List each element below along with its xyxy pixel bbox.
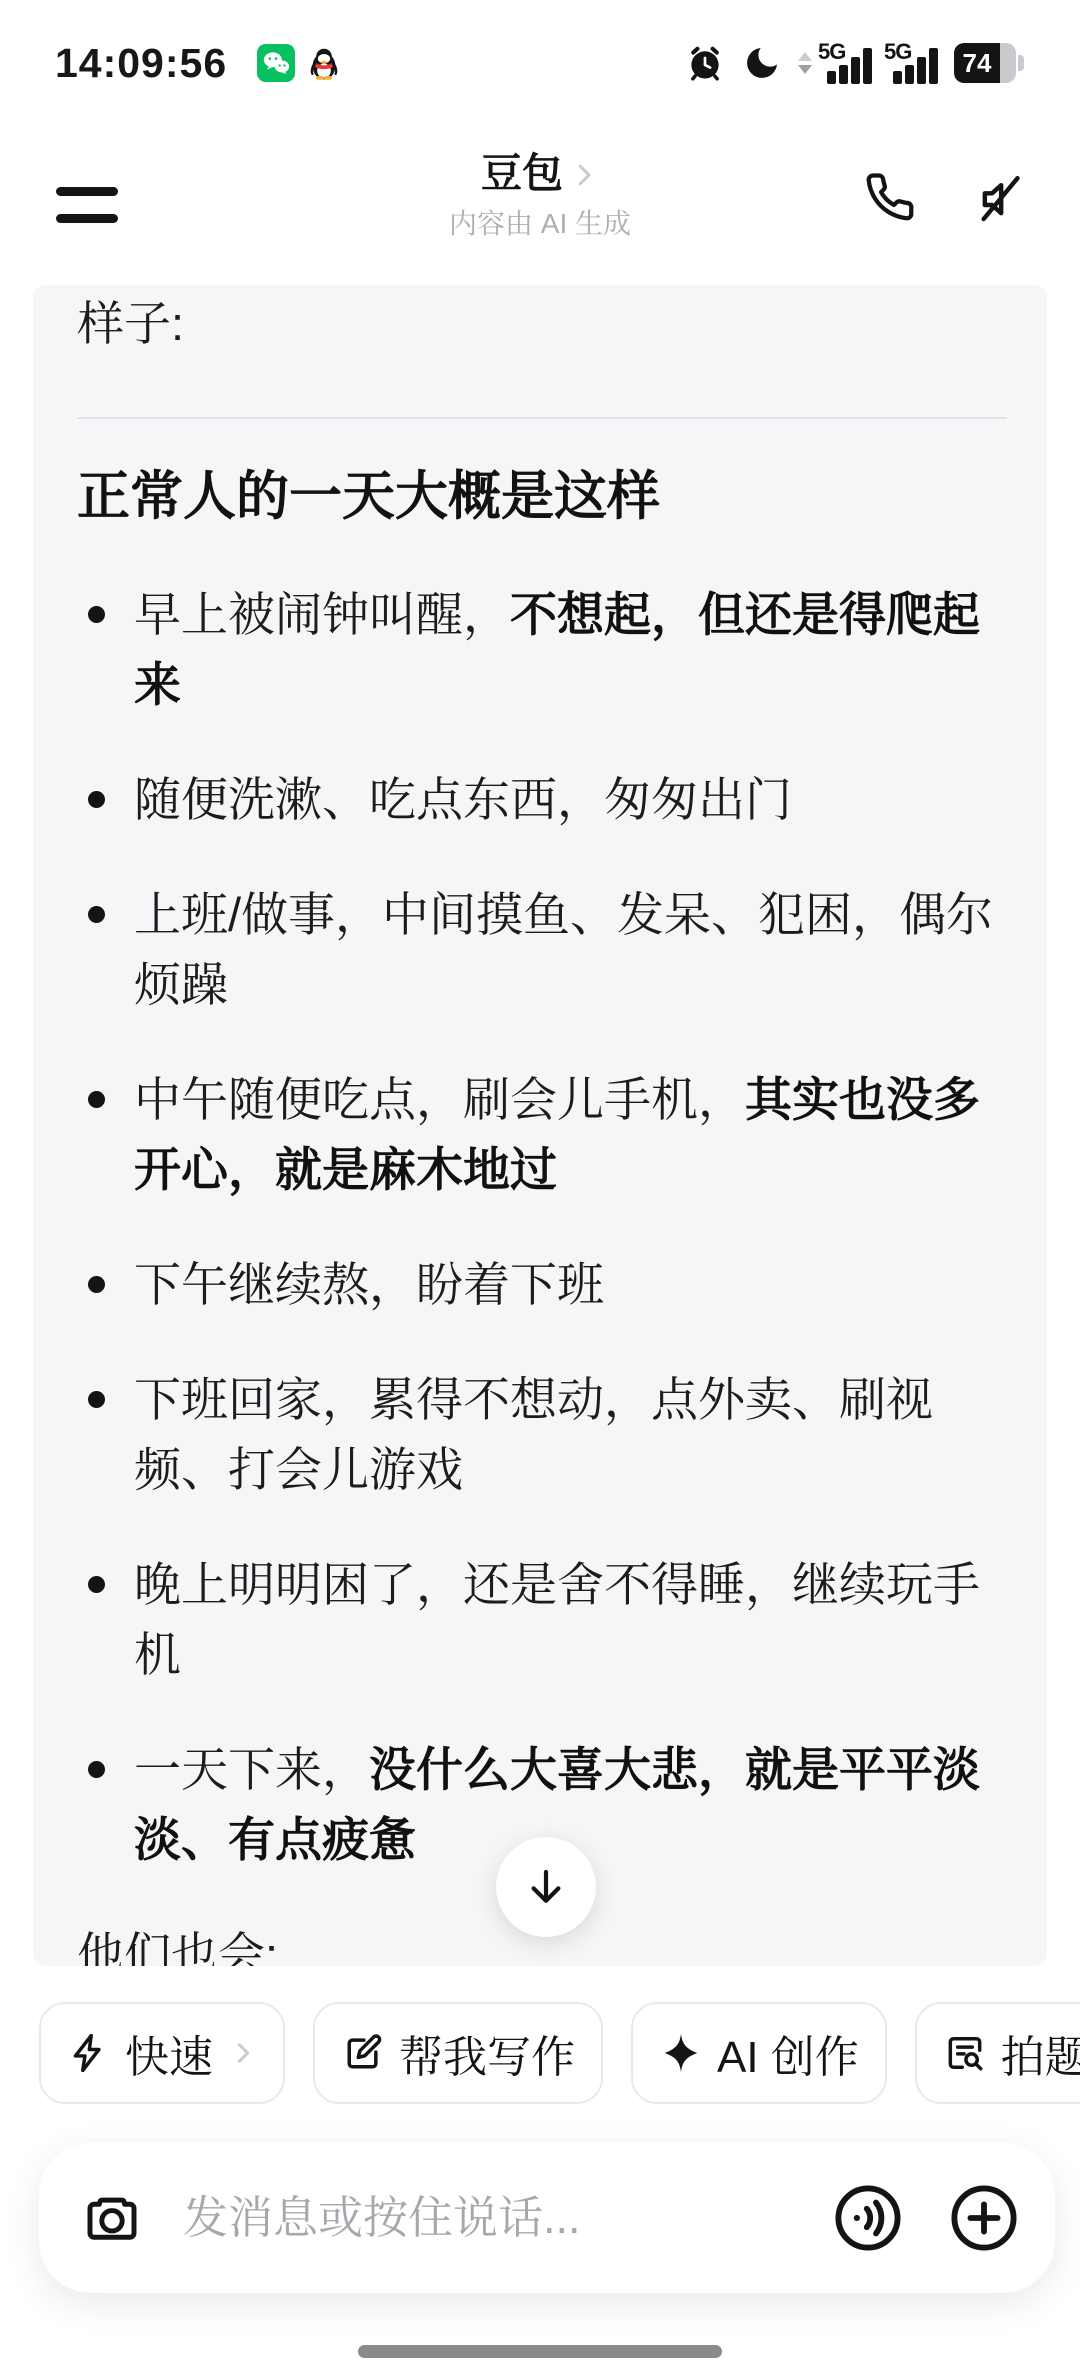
bullet-marker bbox=[88, 906, 105, 923]
bullet-marker bbox=[88, 1276, 105, 1293]
app-title: 豆包 bbox=[481, 148, 563, 198]
bullet-marker bbox=[88, 1391, 105, 1408]
assistant-message: 样子: 正常人的一天大概是这样 早上被闹钟叫醒，不想起，但还是得爬起来随便洗漱、… bbox=[33, 285, 1047, 1966]
bullet-list: 早上被闹钟叫醒，不想起，但还是得爬起来随便洗漱、吃点东西，匆匆出门上班/做事，中… bbox=[77, 580, 1007, 1875]
signal-5g-sim1: 5G bbox=[818, 42, 872, 84]
scroll-to-bottom-button[interactable] bbox=[496, 1837, 596, 1937]
quick-action-write[interactable]: 帮我写作 bbox=[313, 2002, 603, 2104]
quick-action-quick[interactable]: 快速 bbox=[39, 2002, 285, 2104]
battery-percent: 74 bbox=[954, 43, 1000, 83]
ai-disclaimer: 内容由 AI 生成 bbox=[449, 208, 631, 240]
call-button[interactable] bbox=[864, 171, 918, 225]
message-input[interactable] bbox=[181, 2191, 811, 2245]
voice-input-icon bbox=[831, 2181, 905, 2255]
battery-icon: 74 bbox=[954, 43, 1024, 83]
phone-icon bbox=[864, 171, 918, 225]
menu-icon bbox=[56, 187, 118, 196]
quick-action-label: 帮我写作 bbox=[399, 2021, 575, 2085]
sound-off-icon bbox=[972, 170, 1028, 226]
bullet-item: 上班/做事，中间摸鱼、发呆、犯困，偶尔烦躁 bbox=[134, 880, 1007, 1020]
menu-button[interactable] bbox=[56, 186, 118, 224]
moon-icon bbox=[742, 43, 782, 83]
bullet-marker bbox=[88, 791, 105, 808]
voice-call-button[interactable] bbox=[831, 2181, 905, 2255]
home-indicator bbox=[358, 2345, 722, 2358]
alarm-icon bbox=[686, 44, 724, 82]
signal-5g-sim2: 5G bbox=[884, 42, 938, 84]
bullet-marker bbox=[88, 606, 105, 623]
lightning-icon bbox=[67, 2031, 111, 2075]
bullet-item: 下午继续熬，盼着下班 bbox=[134, 1250, 1007, 1320]
bullet-marker bbox=[88, 1576, 105, 1593]
quick-actions-bar: 快速帮我写作AI 创作拍题答疑 bbox=[0, 2002, 1080, 2106]
wechat-icon bbox=[257, 44, 295, 82]
quick-action-label: 快速 bbox=[125, 2021, 213, 2085]
divider bbox=[77, 417, 1007, 419]
down-arrow-icon bbox=[522, 1863, 570, 1911]
message-heading: 正常人的一天大概是这样 bbox=[77, 457, 1007, 537]
message-intro-text: 样子: bbox=[77, 289, 1007, 359]
bullet-marker bbox=[88, 1761, 105, 1778]
clock: 14:09:56 bbox=[55, 40, 227, 87]
message-input-bar bbox=[39, 2143, 1055, 2293]
network-activity-arrows bbox=[798, 52, 812, 74]
compose-icon bbox=[341, 2031, 385, 2075]
mute-button[interactable] bbox=[972, 170, 1028, 226]
bullet-item: 下班回家，累得不想动，点外卖、刷视频、打会儿游戏 bbox=[134, 1365, 1007, 1505]
bullet-item: 早上被闹钟叫醒，不想起，但还是得爬起来 bbox=[134, 580, 1007, 720]
sparkle-icon bbox=[659, 2031, 703, 2075]
bullet-marker bbox=[88, 1091, 105, 1108]
chevron-right-icon bbox=[229, 2039, 257, 2067]
app-bar: 豆包 内容由 AI 生成 bbox=[0, 120, 1080, 280]
bullet-item: 晚上明明困了，还是舍不得睡，继续玩手机 bbox=[134, 1550, 1007, 1690]
qq-icon bbox=[307, 44, 341, 82]
bullet-item: 随便洗漱、吃点东西，匆匆出门 bbox=[134, 765, 1007, 835]
screen: 14:09:56 5G 5G bbox=[0, 0, 1080, 2376]
doc-search-icon bbox=[943, 2031, 987, 2075]
plus-icon bbox=[947, 2181, 1021, 2255]
status-bar: 14:09:56 5G 5G bbox=[55, 38, 1024, 88]
bullet-item: 中午随便吃点，刷会儿手机，其实也没多开心，就是麻木地过 bbox=[134, 1065, 1007, 1205]
quick-action-label: AI 创作 bbox=[717, 2021, 859, 2085]
more-button[interactable] bbox=[947, 2181, 1021, 2255]
quick-action-ai-create[interactable]: AI 创作 bbox=[631, 2002, 887, 2104]
chevron-right-icon bbox=[569, 160, 599, 190]
camera-icon bbox=[79, 2185, 145, 2251]
camera-button[interactable] bbox=[79, 2185, 145, 2251]
chat-title[interactable]: 豆包 内容由 AI 生成 bbox=[449, 148, 631, 240]
quick-action-photo-qa[interactable]: 拍题答疑 bbox=[915, 2002, 1080, 2104]
quick-action-label: 拍题答疑 bbox=[1001, 2021, 1080, 2085]
